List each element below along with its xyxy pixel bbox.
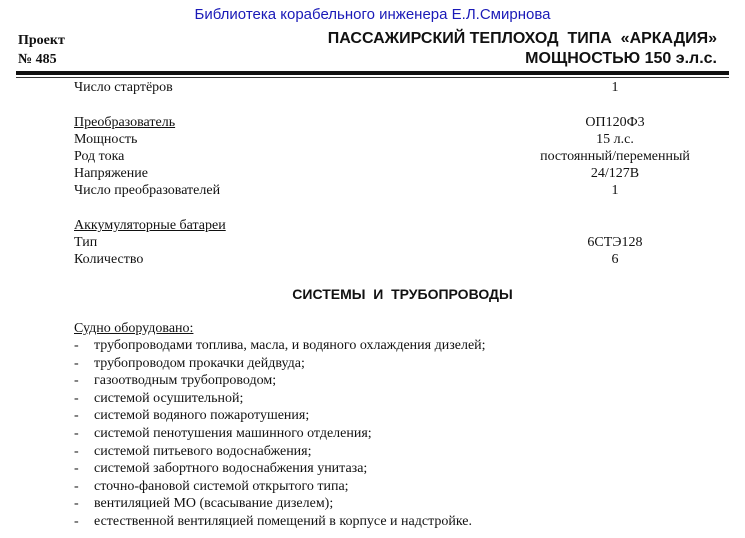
spec-label: Напряжение — [74, 165, 148, 182]
document-title: ПАССАЖИРСКИЙ ТЕПЛОХОД ТИПА «АРКАДИЯ» — [328, 29, 717, 49]
list-item: -системой питьевого водоснабжения; — [0, 443, 745, 460]
bullet-dash: - — [74, 478, 79, 495]
bullet-dash: - — [74, 390, 79, 407]
document-subtitle: МОЩНОСТЬЮ 150 э.л.с. — [525, 49, 717, 69]
list-item-text: системой питьевого водоснабжения; — [94, 443, 312, 460]
bullet-dash: - — [74, 372, 79, 389]
systems-intro: Судно оборудовано: — [74, 320, 193, 337]
bullet-dash: - — [74, 337, 79, 354]
spec-value: 6СТЭ128 — [515, 234, 715, 251]
list-item: -трубопроводами топлива, масла, и водяно… — [0, 337, 745, 354]
converter-heading: Преобразователь — [74, 114, 175, 131]
spec-row-battery-type: Тип 6СТЭ128 — [0, 234, 745, 251]
list-item: -сточно-фановой системой открытого типа; — [0, 478, 745, 495]
list-item-text: естественной вентиляцией помещений в кор… — [94, 513, 472, 530]
spec-label: Число стартёров — [74, 79, 173, 96]
spec-value: 1 — [515, 182, 715, 199]
list-item-text: трубопроводом прокачки дейдвуда; — [94, 355, 305, 372]
batteries-heading: Аккумуляторные батареи — [74, 217, 226, 234]
list-item-text: системой забортного водоснабжения унитаз… — [94, 460, 367, 477]
section-heading: СИСТЕМЫ И ТРУБОПРОВОДЫ — [0, 285, 745, 303]
list-item-text: вентиляцией МО (всасывание дизелем); — [94, 495, 333, 512]
spec-row-voltage: Напряжение 24/127В — [0, 165, 745, 182]
list-item-text: системой осушительной; — [94, 390, 243, 407]
header-rule-thick — [16, 71, 729, 75]
spec-row-batteries-heading: Аккумуляторные батареи — [0, 217, 745, 234]
spec-row-converter: Преобразователь ОП120Ф3 — [0, 114, 745, 131]
bullet-dash: - — [74, 460, 79, 477]
list-item: -системой пенотушения машинного отделени… — [0, 425, 745, 442]
spec-row-current-type: Род тока постоянный/переменный — [0, 148, 745, 165]
list-item: -системой осушительной; — [0, 390, 745, 407]
spec-value: ОП120Ф3 — [515, 114, 715, 131]
list-item: -трубопроводом прокачки дейдвуда; — [0, 355, 745, 372]
spec-row-converter-count: Число преобразователей 1 — [0, 182, 745, 199]
project-number: № 485 — [18, 51, 57, 69]
list-item: -системой водяного пожаротушения; — [0, 407, 745, 424]
spec-value: 15 л.с. — [515, 131, 715, 148]
list-item-text: газоотводным трубопроводом; — [94, 372, 276, 389]
spec-label: Род тока — [74, 148, 124, 165]
bullet-dash: - — [74, 407, 79, 424]
bullet-dash: - — [74, 425, 79, 442]
bullet-dash: - — [74, 513, 79, 530]
project-label: Проект — [18, 32, 65, 50]
bullet-dash: - — [74, 495, 79, 512]
list-item: -газоотводным трубопроводом; — [0, 372, 745, 389]
spec-row-starters: Число стартёров 1 — [0, 79, 745, 96]
list-item-text: сточно-фановой системой открытого типа; — [94, 478, 349, 495]
spec-value: постоянный/переменный — [515, 148, 715, 165]
spec-value: 24/127В — [515, 165, 715, 182]
spec-label: Количество — [74, 251, 143, 268]
spec-row-power: Мощность 15 л.с. — [0, 131, 745, 148]
bullet-dash: - — [74, 443, 79, 460]
spec-value: 6 — [515, 251, 715, 268]
list-item: -вентиляцией МО (всасывание дизелем); — [0, 495, 745, 512]
spec-row-battery-count: Количество 6 — [0, 251, 745, 268]
list-item-text: трубопроводами топлива, масла, и водяног… — [94, 337, 486, 354]
spec-label: Мощность — [74, 131, 137, 148]
bullet-dash: - — [74, 355, 79, 372]
spec-value: 1 — [515, 79, 715, 96]
spec-label: Тип — [74, 234, 97, 251]
list-item: -естественной вентиляцией помещений в ко… — [0, 513, 745, 530]
list-item: -системой забортного водоснабжения унита… — [0, 460, 745, 477]
list-item-text: системой пенотушения машинного отделения… — [94, 425, 372, 442]
library-label: Библиотека корабельного инженера Е.Л.Сми… — [0, 6, 745, 24]
spec-label: Число преобразователей — [74, 182, 220, 199]
list-item-text: системой водяного пожаротушения; — [94, 407, 309, 424]
header-rule-thin — [16, 77, 729, 78]
